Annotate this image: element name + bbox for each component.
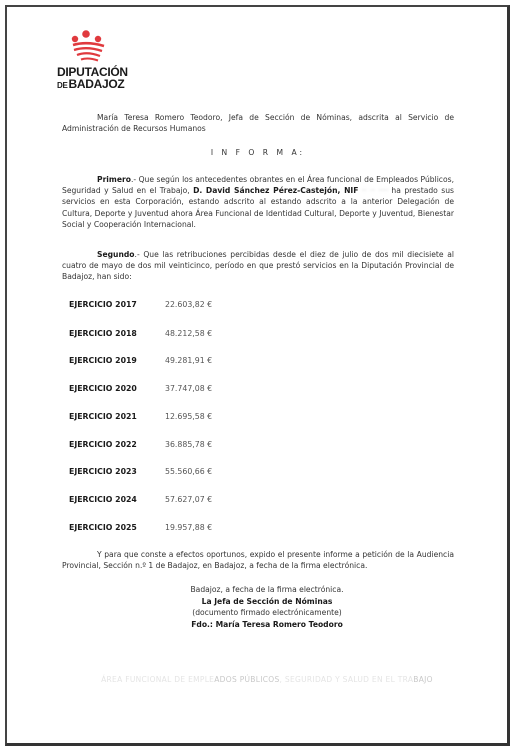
diputacion-logo: DIPUTACIÓN DEBADAJOZ [57, 29, 157, 99]
signature-block: Badajoz, a fecha de la firma electrónica… [157, 584, 377, 630]
ejercicio-label: EJERCICIO 2024 [69, 495, 165, 504]
signature-name: Fdo.: María Teresa Romero Teodoro [157, 619, 377, 631]
ejercicio-row: EJERCICIO 201949.281,91 € [69, 356, 212, 365]
employee-name: D. David Sánchez Pérez-Castejón, NIF [193, 186, 358, 195]
ejercicio-label: EJERCICIO 2019 [69, 356, 165, 365]
ejercicio-amount: 12.695,58 € [165, 412, 212, 421]
ejercicio-label: EJERCICIO 2018 [69, 329, 165, 338]
ejercicio-row: EJERCICIO 202457.627,07 € [69, 495, 212, 504]
ejercicio-label: EJERCICIO 2022 [69, 440, 165, 449]
primero-label: Primero [97, 175, 131, 184]
document-page: DIPUTACIÓN DEBADAJOZ María Teresa Romero… [5, 5, 510, 746]
ejercicio-amount: 48.212,58 € [165, 329, 212, 338]
ejercicio-row: EJERCICIO 201722.603,82 € [69, 300, 212, 309]
signature-place-date: Badajoz, a fecha de la firma electrónica… [157, 584, 377, 596]
signature-note: (documento firmado electrónicamente) [157, 607, 377, 619]
ejercicio-amount: 22.603,82 € [165, 300, 212, 309]
ejercicio-amount: 37.747,08 € [165, 384, 212, 393]
footer-watermark: ÁREA FUNCIONAL DE EMPLEADOS PÚBLICOS, SE… [77, 675, 457, 684]
ejercicio-label: EJERCICIO 2017 [69, 300, 165, 309]
signature-role: La Jefa de Sección de Nóminas [157, 596, 377, 608]
segundo-paragraph: Segundo.- Que las retribuciones percibid… [62, 249, 454, 283]
ejercicio-label: EJERCICIO 2023 [69, 467, 165, 476]
segundo-label: Segundo [97, 250, 135, 259]
ejercicio-row: EJERCICIO 202355.560,66 € [69, 467, 212, 476]
ejercicio-amount: 57.627,07 € [165, 495, 212, 504]
ejercicio-amount: 55.560,66 € [165, 467, 212, 476]
ejercicio-row: EJERCICIO 201848.212,58 € [69, 329, 212, 338]
ejercicio-row: EJERCICIO 202236.885,78 € [69, 440, 212, 449]
ejercicio-label: EJERCICIO 2021 [69, 412, 165, 421]
intro-paragraph: María Teresa Romero Teodoro, Jefa de Sec… [62, 112, 454, 134]
logo-wordmark: DIPUTACIÓN DEBADAJOZ [57, 66, 128, 92]
ejercicio-label: EJERCICIO 2025 [69, 523, 165, 532]
nif-redacted: ·· ·· ···· [362, 186, 388, 195]
closing-paragraph: Y para que conste a efectos oportunos, e… [62, 549, 454, 571]
ejercicio-amount: 36.885,78 € [165, 440, 212, 449]
ejercicio-label: EJERCICIO 2020 [69, 384, 165, 393]
informa-heading: I N F O R M A: [62, 147, 454, 158]
crown-arcs-icon [69, 29, 109, 63]
ejercicio-amount: 19.957,88 € [165, 523, 212, 532]
ejercicio-row: EJERCICIO 202037.747,08 € [69, 384, 212, 393]
ejercicio-row: EJERCICIO 202112.695,58 € [69, 412, 212, 421]
ejercicio-row: EJERCICIO 202519.957,88 € [69, 523, 212, 532]
ejercicio-amount: 49.281,91 € [165, 356, 212, 365]
primero-paragraph: Primero.- Que según los antecedentes obr… [62, 174, 454, 230]
